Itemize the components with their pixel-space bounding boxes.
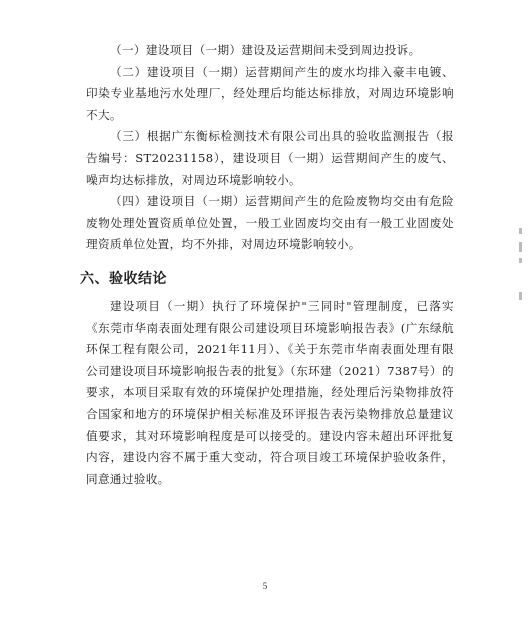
paragraph-conclusion: 建设项目（一期）执行了环境保护"三同时"管理制度，已落实《东莞市华南表面处理有限… [86,296,454,490]
edge-mark [519,228,522,234]
edge-mark [519,292,522,300]
paragraph-hazardous-waste: （四）建设项目（一期）运营期间产生的危险废物均交由有危险废物处理处置资质单位处置… [86,191,454,256]
page-edge-marks [516,228,526,388]
document-page: （一）建设项目（一期）建设及运营期间未受到周边投诉。 （二）建设项目（一期）运营… [0,0,530,630]
edge-mark [519,242,522,252]
page-number: 5 [0,581,530,591]
edge-mark [519,258,522,263]
paragraph-monitoring-report: （三）根据广东衡标检测技术有限公司出具的验收监测报告（报告编号：ST202311… [86,126,454,191]
paragraph-complaints: （一）建设项目（一期）建设及运营期间未受到周边投诉。 [86,40,454,62]
page-body: （一）建设项目（一期）建设及运营期间未受到周边投诉。 （二）建设项目（一期）运营… [86,40,454,490]
paragraph-wastewater: （二）建设项目（一期）运营期间产生的废水均排入豪丰电镀、印染专业基地污水处理厂，… [86,62,454,127]
section-heading-conclusion: 六、验收结论 [80,268,454,290]
